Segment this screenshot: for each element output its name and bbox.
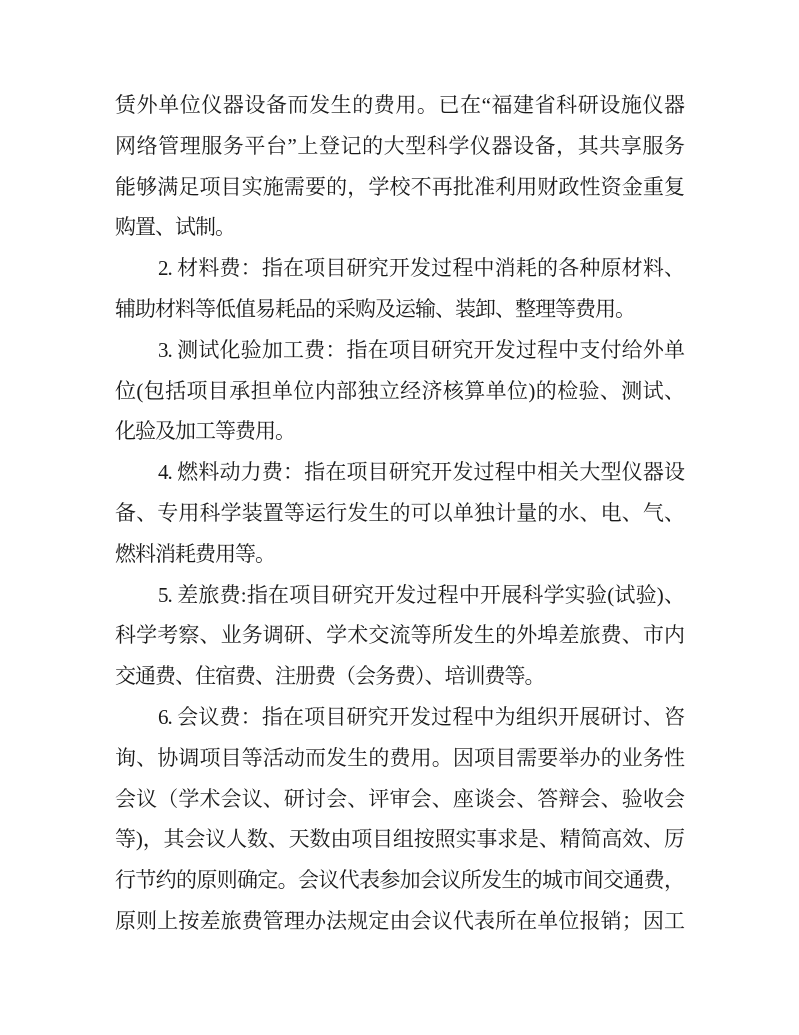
text-line: 赁外单位仪器设备而发生的费用。已在“福建省科研设施仪器 [115,85,684,126]
text-block: 赁外单位仪器设备而发生的费用。已在“福建省科研设施仪器 网络管理服务平台”上登记… [115,85,684,942]
text-line-item-4-fuel-power: 4. 燃料动力费：指在项目研究开发过程中相关大型仪器设 [115,452,684,493]
text-line: 原则上按差旅费管理办法规定由会议代表所在单位报销；因工 [115,901,684,942]
text-line: 行节约的原则确定。会议代表参加会议所发生的城市间交通费， [115,860,684,901]
text-line: 位(包括项目承担单位内部独立经济核算单位)的检验、测试、 [115,371,684,412]
text-line: 网络管理服务平台”上登记的大型科学仪器设备，其共享服务 [115,126,684,167]
text-line: 能够满足项目实施需要的，学校不再批准利用财政性资金重复 [115,167,684,208]
text-line-item-3-testing: 3. 测试化验加工费：指在项目研究开发过程中支付给外单 [115,330,684,371]
text-line: 辅助材料等低值易耗品的采购及运输、装卸、整理等费用。 [115,289,684,330]
text-line: 交通费、住宿费、注册费（会务费）、培训费等。 [115,656,684,697]
text-line: 购置、试制。 [115,207,684,248]
text-line-item-5-travel: 5. 差旅费:指在项目研究开发过程中开展科学实验(试验)、 [115,575,684,616]
text-line: 科学考察、业务调研、学术交流等所发生的外埠差旅费、市内 [115,615,684,656]
document-page: 赁外单位仪器设备而发生的费用。已在“福建省科研设施仪器 网络管理服务平台”上登记… [0,0,799,1035]
text-line: 等)，其会议人数、天数由项目组按照实事求是、精简高效、厉 [115,819,684,860]
text-line: 化验及加工等费用。 [115,411,684,452]
text-line-item-6-meetings: 6. 会议费：指在项目研究开发过程中为组织开展研讨、咨 [115,697,684,738]
text-line: 备、专用科学装置等运行发生的可以单独计量的水、电、气、 [115,493,684,534]
text-line: 询、协调项目等活动而发生的费用。因项目需要举办的业务性 [115,738,684,779]
text-line: 燃料消耗费用等。 [115,534,684,575]
text-line: 会议（学术会议、研讨会、评审会、座谈会、答辩会、验收会 [115,779,684,820]
text-line-item-2-materials: 2. 材料费：指在项目研究开发过程中消耗的各种原材料、 [115,248,684,289]
